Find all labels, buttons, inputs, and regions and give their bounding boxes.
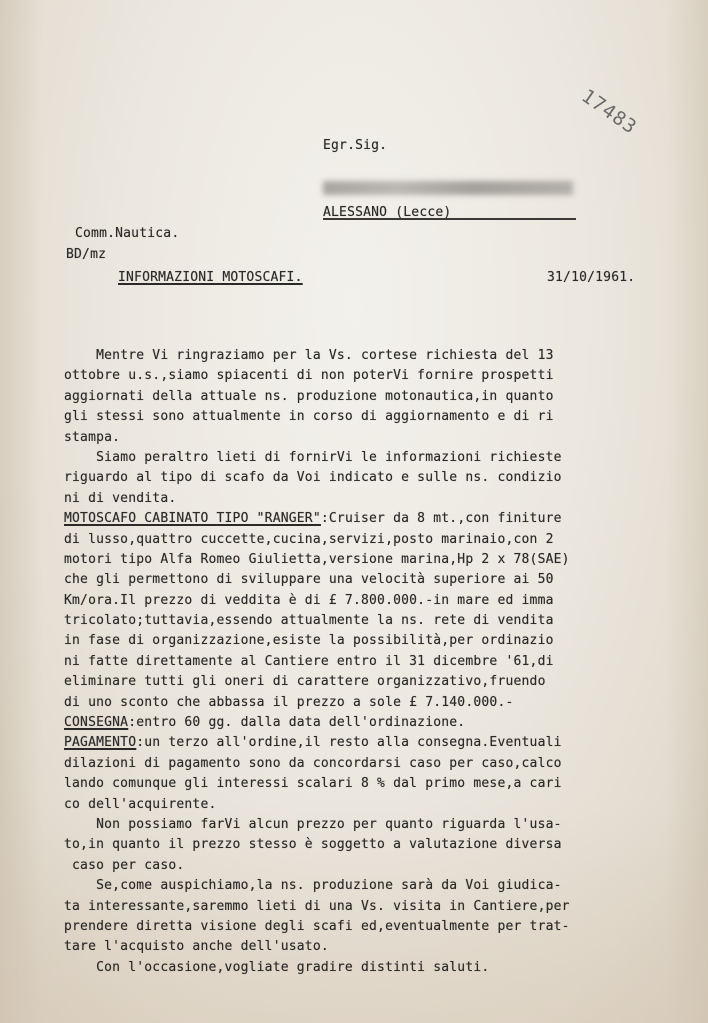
body-line: dilazioni di pagamento sono da concordar… [64,754,570,774]
body-line: tricolato;tuttavia,essendo attualmente l… [64,611,570,631]
body-line: co dell'acquirente. [64,795,570,815]
body-line: Km/ora.Il prezzo di veddita è di £ 7.800… [64,591,570,611]
recipient-name-redacted [323,181,573,195]
section-label: MOTOSCAFO CABINATO TIPO "RANGER" [64,511,321,526]
body-line: ni di vendita. [64,489,570,509]
body-line: ni fatte direttamente al Cantiere entro … [64,652,570,672]
body-line: tare l'acquisto anche dell'usato. [64,937,570,957]
body-line: Non possiamo farVi alcun prezzo per quan… [64,815,570,835]
letter-page: 17483 Comm.Nautica. BD/mz Egr.Sig. ALESS… [0,0,708,1023]
body-line: prendere diretta visione degli scafi ed,… [64,917,570,937]
body-line: Siamo peraltro lieti di fornirVi le info… [64,448,570,468]
body-line: Se,come auspichiamo,la ns. produzione sa… [64,876,570,896]
body-line: lando comunque gli interessi scalari 8 %… [64,774,570,794]
body-line: motori tipo Alfa Romeo Giulietta,version… [64,550,570,570]
body-line: ottobre u.s.,siamo spiacenti di non pote… [64,366,570,386]
body-line: aggiornati della attuale ns. produzione … [64,387,570,407]
body-line: CONSEGNA:entro 60 gg. dalla data dell'or… [64,713,570,733]
body-line: Mentre Vi ringraziamo per la Vs. cortese… [64,346,570,366]
archive-stamp-number: 17483 [577,85,641,139]
address-underline [323,218,576,220]
body-line: PAGAMENTO:un terzo all'ordine,il resto a… [64,733,570,753]
body-line: eliminare tutti gli oneri di carattere o… [64,672,570,692]
body-line: to,in quanto il prezzo stesso è soggetto… [64,835,570,855]
body-line: ta interessante,saremmo lieti di una Vs.… [64,897,570,917]
body-line: riguardo al tipo di scafo da Voi indicat… [64,468,570,488]
body-line: che gli permettono di sviluppare una vel… [64,570,570,590]
body-line: di uno sconto che abbassa il prezzo a so… [64,693,570,713]
letter-body: Mentre Vi ringraziamo per la Vs. cortese… [64,346,570,978]
section-label: CONSEGNA [64,715,128,730]
body-line: MOTOSCAFO CABINATO TIPO "RANGER":Cruiser… [64,509,570,529]
letter-subject: INFORMAZIONI MOTOSCAFI. [118,270,303,285]
section-label: PAGAMENTO [64,735,136,750]
body-line: stampa. [64,428,570,448]
sender-department: Comm.Nautica. [75,226,179,241]
sender-reference: BD/mz [66,247,106,262]
body-line: di lusso,quattro cuccette,cucina,servizi… [64,530,570,550]
body-line: caso per caso. [64,856,570,876]
body-line: gli stessi sono attualmente in corso di … [64,407,570,427]
letter-date: 31/10/1961. [547,270,635,285]
body-line: Con l'occasione,vogliate gradire distint… [64,958,570,978]
body-line: in fase di organizzazione,esiste la poss… [64,631,570,651]
recipient-salutation: Egr.Sig. [323,138,387,153]
